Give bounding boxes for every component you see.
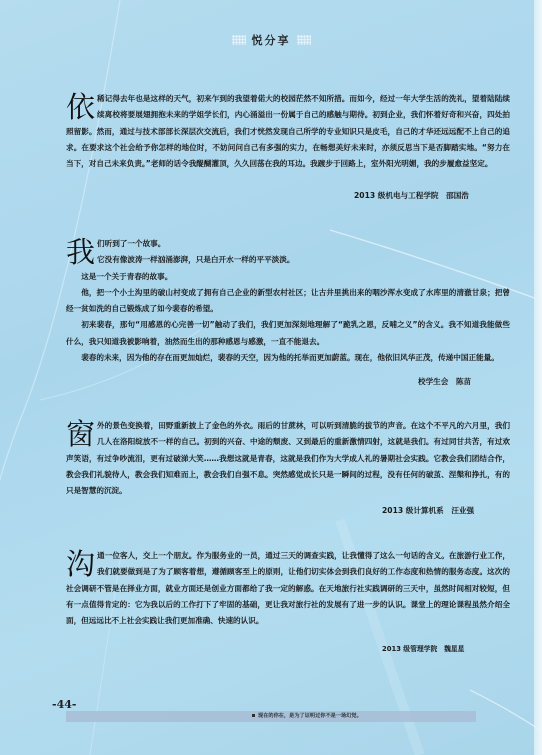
dropcap: 我	[66, 238, 95, 266]
dot-pattern-decoration-right	[297, 35, 311, 45]
article-3: 窗外的景色变换着，田野重新披上了金色的外衣。雨后的甘蔗林，可以听到清脆的拔节的声…	[66, 418, 510, 499]
article-3-signature: 2013 级计算机系 汪业强	[382, 505, 474, 516]
paragraph-text: 外的景色变换着，田野重新披上了金色的外衣。雨后的甘蔗林，可以听到清脆的拔节的声音…	[66, 421, 510, 495]
paragraph-text: 稀记得去年也是这样的天气，初来乍到的我望着偌大的校园茫然不知所措。而如今，经过一…	[66, 94, 510, 168]
article-2: 我们听到了一个故事。 它没有像波涛一样汹涌澎湃，只是白开水一样的平平淡淡。 这是…	[66, 236, 510, 366]
article-paragraph: 依稀记得去年也是这样的天气，初来乍到的我望着偌大的校园茫然不知所措。而如今，经过…	[66, 91, 510, 172]
article-paragraph: 我们听到了一个故事。 它没有像波涛一样汹涌澎湃，只是白开水一样的平平淡淡。	[66, 236, 510, 269]
article-paragraph: 他，把一个小土沟里的破山村变成了拥有自己企业的新型农村社区；让古井里挑出来的咽沙…	[66, 285, 510, 318]
bullet-icon	[252, 714, 255, 717]
article-2-signature: 校学生会 陈苗	[418, 376, 471, 387]
page-number: -44-	[52, 698, 76, 711]
paragraph-text: 它没有像波涛一样汹涌澎湃，只是白开水一样的平平淡淡。	[97, 255, 294, 264]
footer-quote-bar: 现在的你在，是为了证明过你不是一场幻觉。	[66, 711, 476, 722]
article-paragraph: 初来裴春，那句“用感恩的心完善一切”触动了我们，我们更加深刻地理解了“跪乳之恩，…	[66, 317, 510, 350]
footer-quote-text: 现在的你在，是为了证明过你不是一场幻觉。	[258, 713, 362, 719]
article-paragraph: 窗外的景色变换着，田野重新披上了金色的外衣。雨后的甘蔗林，可以听到清脆的拔节的声…	[66, 418, 510, 499]
dropcap: 窗	[66, 420, 95, 448]
article-paragraph: 沟通一位客人，交上一个朋友。作为服务业的一员，通过三天的调查实践，让我懂得了这么…	[66, 548, 510, 629]
article-paragraph: 这是一个关于青春的故事。	[66, 269, 510, 285]
column-title: 悦分享	[252, 32, 291, 48]
article-1: 依稀记得去年也是这样的天气，初来乍到的我望着偌大的校园茫然不知所措。而如今，经过…	[66, 91, 510, 172]
paragraph-text: 通一位客人，交上一个朋友。作为服务业的一员，通过三天的调查实践，让我懂得了这么一…	[66, 551, 510, 625]
dropcap: 依	[66, 93, 95, 121]
footer-quote: 现在的你在，是为了证明过你不是一场幻觉。	[252, 711, 362, 722]
article-paragraph: 裴春的未来，因为他的存在而更加灿烂，裴春的天空，因为他的托举而更加蔚蓝。现在，他…	[66, 350, 510, 366]
section-header: 悦分享	[0, 30, 542, 49]
article-4: 沟通一位客人，交上一个朋友。作为服务业的一员，通过三天的调查实践，让我懂得了这么…	[66, 548, 510, 629]
paragraph-text: 们听到了一个故事。	[97, 239, 165, 248]
dropcap: 沟	[66, 550, 95, 578]
page-edge	[534, 0, 542, 755]
article-1-signature: 2013 级机电与工程学院 邵国浩	[354, 190, 469, 201]
dot-pattern-decoration-left	[232, 35, 246, 45]
article-4-signature: 2013 级管理学院 魏星星	[382, 643, 464, 653]
